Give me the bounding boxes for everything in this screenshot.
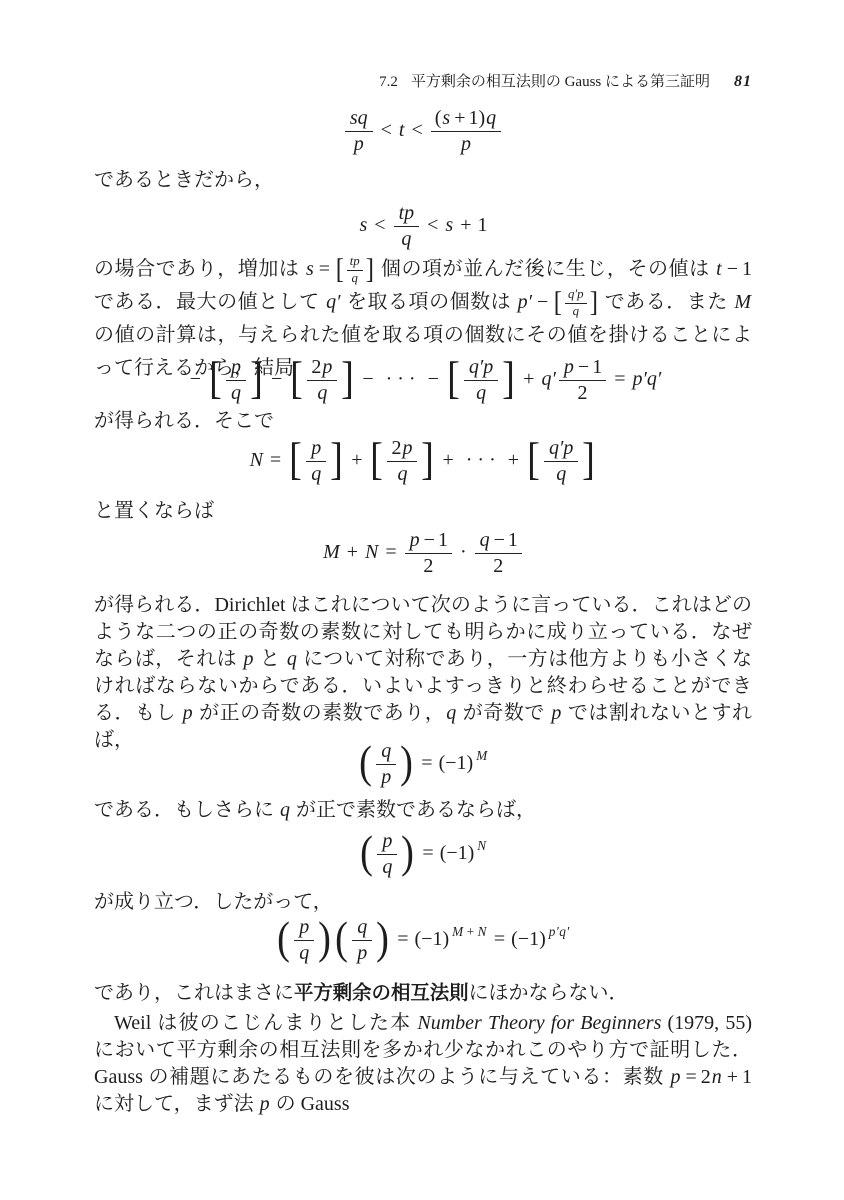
- math-variable: q′p: [468, 356, 494, 378]
- math-bracket: ): [402, 830, 415, 875]
- superscript: N: [476, 838, 487, 853]
- paragraph-ga-erareru-sokode: が得られる．そこで: [94, 408, 752, 435]
- numerator: q: [352, 917, 372, 941]
- math-number: (−1): [440, 842, 475, 864]
- math-variable: s: [441, 107, 451, 129]
- math-variable: t: [398, 119, 406, 141]
- math-bracket: ): [400, 740, 413, 785]
- numerator: p: [294, 917, 314, 941]
- numerator: q′p: [464, 357, 498, 381]
- math-bracket: [: [527, 437, 540, 482]
- math-variable: N: [476, 838, 487, 853]
- math-number: 1: [508, 529, 518, 551]
- math-variable: p: [182, 702, 194, 724]
- math-operator: −: [428, 368, 439, 390]
- numerator: p−1: [559, 357, 606, 381]
- math-variable: p′: [517, 291, 533, 313]
- math-variable: q′: [325, 291, 341, 313]
- math-variable: q: [555, 463, 567, 485]
- math-number: 1: [742, 258, 752, 280]
- math-variable: M: [475, 748, 489, 763]
- denominator: q: [307, 381, 337, 404]
- math-bracket: (: [359, 740, 372, 785]
- math-operator: <: [427, 214, 438, 236]
- math-bracket: ]: [365, 255, 373, 284]
- math-variable: n: [711, 1066, 723, 1088]
- text-run: が成り立つ．したがって，: [94, 891, 333, 913]
- math-number: 1: [742, 1066, 752, 1088]
- fraction: pq: [377, 831, 397, 878]
- text-run: と置くならば: [94, 500, 214, 522]
- math-variable: p: [321, 356, 333, 378]
- math-operator: +: [460, 214, 471, 236]
- math-operator: +: [454, 107, 465, 129]
- numerator: 2p: [307, 357, 337, 381]
- math-operator: −: [537, 291, 548, 313]
- page-number: 81: [734, 73, 752, 90]
- math-variable: q: [286, 648, 298, 670]
- display-formula-s-tp-q-bound: s<tpq<s+1: [94, 203, 752, 250]
- math-operator: −: [190, 368, 201, 390]
- text-run: 個の項が並んだ後に生じ，その値は: [375, 258, 715, 280]
- math-variable: M: [733, 291, 752, 313]
- fraction: qp: [376, 741, 396, 788]
- denominator: q: [565, 304, 587, 318]
- fraction: p−12: [559, 357, 606, 404]
- math-variable: p: [563, 356, 575, 378]
- text-run: である．また: [599, 291, 733, 313]
- math-operator: =: [397, 928, 408, 950]
- text-run: Weil は彼のこじんまりとした本: [114, 1012, 417, 1034]
- book-page: 7.2平方剰余の相互法則の Gauss による第三証明81 sqp<t<(s+1…: [0, 0, 844, 1200]
- math-number: (−1): [415, 928, 450, 950]
- math-number: 2: [578, 382, 588, 404]
- math-number: 2: [423, 555, 433, 577]
- numerator: p: [377, 831, 397, 855]
- math-bracket: ): [318, 916, 331, 961]
- math-variable: q: [230, 382, 242, 404]
- math-operator: =: [421, 752, 432, 774]
- math-variable: q: [396, 463, 408, 485]
- math-bracket: [: [289, 437, 302, 482]
- paragraph-ga-naritatsu: が成り立つ．したがって，: [94, 889, 752, 916]
- section-title: 平方剰余の相互法則の Gauss による第三証明: [411, 74, 710, 90]
- math-variable: q: [279, 799, 291, 821]
- fraction: qp: [352, 917, 372, 964]
- denominator: 2: [559, 381, 606, 404]
- denominator: q: [464, 381, 498, 404]
- numerator: q′p: [565, 288, 587, 303]
- math-bracket: (: [277, 916, 290, 961]
- math-variable: q: [400, 228, 412, 250]
- denominator: q: [387, 462, 417, 485]
- math-operator: <: [411, 119, 422, 141]
- math-variable: q′: [541, 368, 557, 390]
- math-variable: q′p: [548, 437, 574, 459]
- math-variable: q: [479, 529, 491, 551]
- denominator: q: [347, 271, 363, 285]
- fraction: (s+1)qp: [431, 108, 501, 155]
- bold-text: 平方剰余の相互法則: [294, 982, 469, 1004]
- denominator: 2: [475, 554, 522, 577]
- math-variable: p: [356, 942, 368, 964]
- math-variable: p: [310, 437, 322, 459]
- paragraph-to-oku-naraba: と置くならば: [94, 498, 752, 525]
- math-bracket: ]: [330, 437, 343, 482]
- display-formula-reciprocity-product: (pq)(qp)=(−1)M+N=(−1)p′q′: [94, 917, 752, 964]
- math-number: 2: [391, 437, 401, 459]
- math-variable: N: [364, 541, 379, 563]
- math-variable: p: [353, 133, 365, 155]
- math-number: (−1): [439, 752, 474, 774]
- math-variable: M: [322, 541, 341, 563]
- numerator: p: [306, 438, 326, 462]
- math-variable: q: [380, 740, 392, 762]
- fraction: 2pq: [307, 357, 337, 404]
- fraction: q′pq: [464, 357, 498, 404]
- math-bracket: [: [447, 356, 460, 401]
- math-variable: s: [444, 214, 454, 236]
- denominator: q: [394, 227, 420, 250]
- math-variable: p: [550, 702, 562, 724]
- math-variable: s: [305, 258, 315, 280]
- numerator: p−1: [405, 530, 452, 554]
- math-variable: q: [485, 107, 497, 129]
- fraction: q′pq: [565, 288, 587, 318]
- text-run: である．もしさらに: [94, 799, 279, 821]
- text-run: であるときだから，: [94, 169, 274, 191]
- numerator: (s+1)q: [431, 108, 501, 132]
- denominator: q: [226, 381, 246, 404]
- text-run: と: [255, 648, 286, 670]
- denominator: q: [306, 462, 326, 485]
- math-bracket: ]: [589, 288, 597, 317]
- math-variable: sq: [349, 107, 369, 129]
- text-run: であり，これはまさに: [94, 982, 294, 1004]
- math-bracket: (: [361, 830, 374, 875]
- numerator: 2p: [387, 438, 417, 462]
- text-run: にほかならない．: [469, 982, 629, 1004]
- math-variable: q: [445, 702, 457, 724]
- math-number: 1: [592, 356, 602, 378]
- math-operator: · · ·: [386, 368, 416, 390]
- math-operator: =: [685, 1066, 696, 1088]
- display-formula-N-definition: N=[pq]+[2pq]+· · ·+[q′pq]: [94, 438, 752, 485]
- math-variable: t: [715, 258, 723, 280]
- math-bracket: [: [371, 437, 384, 482]
- text-run: が正の奇数の素数であり，: [194, 702, 446, 724]
- fraction: sqp: [345, 108, 373, 155]
- paragraph-reciprocity-conclusion: であり，これはまさに平方剰余の相互法則にほかならない．: [94, 980, 752, 1007]
- fraction: tpq: [394, 203, 420, 250]
- math-operator: +: [508, 449, 519, 471]
- math-operator: +: [727, 1066, 738, 1088]
- numerator: tp: [347, 255, 363, 270]
- math-operator: −: [494, 529, 505, 551]
- math-operator: −: [362, 368, 373, 390]
- math-operator: +: [351, 449, 362, 471]
- paragraph-dearu-toki: であるときだから，: [94, 167, 752, 194]
- math-variable: M: [451, 924, 465, 939]
- math-variable: q: [310, 463, 322, 485]
- math-operator: +: [347, 541, 358, 563]
- math-operator: <: [374, 214, 385, 236]
- math-variable: q: [475, 382, 487, 404]
- fraction: p−12: [405, 530, 452, 577]
- math-operator: =: [614, 368, 625, 390]
- math-variable: p: [381, 830, 393, 852]
- paragraph-weil-book: Weil は彼のこじんまりとした本 Number Theory for Begi…: [94, 1010, 752, 1118]
- math-operator: +: [467, 924, 475, 939]
- math-operator: −: [271, 368, 282, 390]
- superscript: M: [475, 748, 489, 763]
- text-run: に対して，まず法: [94, 1093, 259, 1115]
- math-variable: p: [230, 356, 242, 378]
- paragraph-dirichlet-quote: が得られる．Dirichlet はこれについて次のように言っている．これはどのよ…: [94, 592, 752, 754]
- math-variable: p: [243, 648, 255, 670]
- math-operator: =: [319, 258, 330, 280]
- math-operator: −: [727, 258, 738, 280]
- numerator: q: [376, 741, 396, 765]
- math-number: 2: [701, 1066, 711, 1088]
- math-number: 1): [469, 107, 486, 129]
- display-formula-M-plus-N: M+N=p−12·q−12: [94, 530, 752, 577]
- denominator: 2: [405, 554, 452, 577]
- denominator: p: [345, 132, 373, 155]
- math-operator: · · ·: [466, 449, 496, 471]
- text-run: の場合であり，増加は: [94, 258, 305, 280]
- math-variable: N: [477, 924, 488, 939]
- math-operator: +: [523, 368, 534, 390]
- display-formula-sq-p-bound: sqp<t<(s+1)qp: [94, 108, 752, 155]
- fraction: q′pq: [544, 438, 578, 485]
- math-bracket: [: [554, 288, 562, 317]
- math-bracket: ): [376, 916, 389, 961]
- math-variable: q: [316, 382, 328, 404]
- math-variable: tp: [349, 254, 361, 268]
- math-bracket: ]: [502, 356, 515, 401]
- text-run: の Gauss: [271, 1093, 350, 1115]
- math-bracket: [: [209, 356, 222, 401]
- math-number: 1: [438, 529, 448, 551]
- display-formula-M-sum: −[pq]−[2pq]−· · ·−[q′pq]+q′p−12=p′q′: [94, 357, 752, 404]
- numerator: q′p: [544, 438, 578, 462]
- math-variable: p: [669, 1066, 681, 1088]
- text-run: が得られる．そこで: [94, 410, 274, 432]
- denominator: q: [544, 462, 578, 485]
- math-operator: =: [270, 449, 281, 471]
- text-run: を取る項の個数は: [342, 291, 517, 313]
- math-operator: +: [442, 449, 453, 471]
- running-head: 7.2平方剰余の相互法則の Gauss による第三証明81: [94, 70, 752, 91]
- fraction: q−12: [475, 530, 522, 577]
- math-variable: p: [409, 529, 421, 551]
- math-number: 2: [311, 356, 321, 378]
- math-operator: <: [381, 119, 392, 141]
- numerator: q−1: [475, 530, 522, 554]
- math-variable: tp: [398, 202, 416, 224]
- fraction: tpq: [347, 255, 363, 285]
- math-variable: q: [298, 942, 310, 964]
- fraction: 2pq: [387, 438, 417, 485]
- text-run: が奇数で: [457, 702, 550, 724]
- superscript: M+N: [451, 924, 488, 939]
- fraction: pq: [226, 357, 246, 404]
- math-variable: q: [381, 856, 393, 878]
- math-variable: p′q′: [631, 368, 662, 390]
- math-number: 1: [478, 214, 488, 236]
- math-number: (−1): [511, 928, 546, 950]
- math-variable: p′q′: [548, 924, 571, 939]
- math-bracket: ]: [341, 356, 354, 401]
- math-operator: =: [422, 842, 433, 864]
- math-bracket: ]: [250, 356, 263, 401]
- math-operator: −: [578, 356, 589, 378]
- denominator: p: [352, 941, 372, 964]
- superscript: p′q′: [548, 924, 571, 939]
- math-variable: N: [249, 449, 264, 471]
- math-variable: q: [351, 271, 359, 285]
- math-operator: =: [494, 928, 505, 950]
- math-variable: q′p: [567, 287, 585, 301]
- math-number: 2: [493, 555, 503, 577]
- math-bracket: [: [290, 356, 303, 401]
- numerator: tp: [394, 203, 420, 227]
- text-run: が正で素数であるならば，: [291, 799, 536, 821]
- denominator: q: [294, 941, 314, 964]
- math-variable: q: [356, 916, 368, 938]
- paragraph-dearu-moshi-sarani: である．もしさらに q が正で素数であるならば，: [94, 797, 752, 824]
- numerator: p: [226, 357, 246, 381]
- math-variable: s: [359, 214, 369, 236]
- section-number: 7.2: [379, 74, 398, 90]
- numerator: sq: [345, 108, 373, 132]
- denominator: p: [431, 132, 501, 155]
- fraction: pq: [306, 438, 326, 485]
- math-operator: =: [385, 541, 396, 563]
- denominator: q: [377, 855, 397, 878]
- math-variable: p: [298, 916, 310, 938]
- math-variable: p: [259, 1093, 271, 1115]
- math-variable: p: [460, 133, 472, 155]
- text-run: である．最大の値として: [94, 291, 325, 313]
- display-formula-legendre-p-q: (pq)=(−1)N: [94, 831, 752, 878]
- italic-text: Number Theory for Beginners: [417, 1012, 661, 1034]
- math-variable: p: [380, 766, 392, 788]
- math-bracket: ]: [422, 437, 435, 482]
- math-bracket: ]: [583, 437, 596, 482]
- display-formula-legendre-q-p: (qp)=(−1)M: [94, 741, 752, 788]
- math-variable: q: [572, 304, 580, 318]
- math-operator: −: [424, 529, 435, 551]
- math-operator: ·: [460, 541, 467, 563]
- fraction: pq: [294, 917, 314, 964]
- denominator: p: [376, 765, 396, 788]
- math-bracket: [: [336, 255, 344, 284]
- math-bracket: (: [335, 916, 348, 961]
- math-variable: p: [401, 437, 413, 459]
